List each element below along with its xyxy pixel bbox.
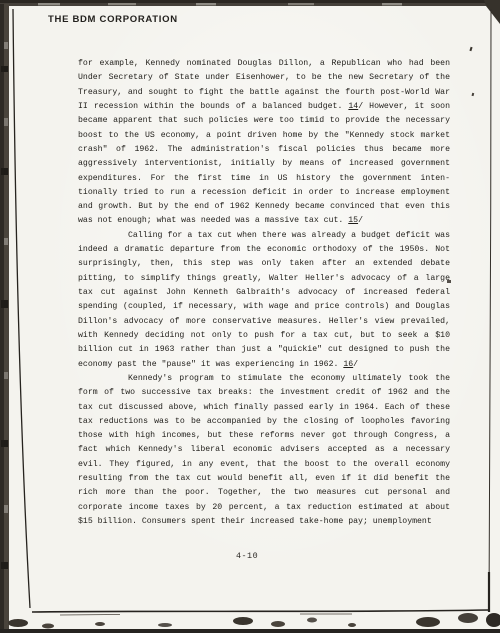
- text-line: form of two successive tax breaks: the i…: [78, 386, 450, 400]
- text-line: crash" of 1962. The administration's fis…: [78, 143, 450, 157]
- text-line: surprisingly, then, this step was only t…: [78, 257, 450, 271]
- text-line: boost to the US economy, a point driven …: [78, 129, 450, 143]
- scanned-document-page: THE BDM CORPORATION for example, Kennedy…: [0, 0, 500, 633]
- text-line: aggressively interventionist, initially …: [78, 157, 450, 171]
- text-line: Dillon's advocacy of more conservative m…: [78, 315, 450, 329]
- text-line: tionally tried to run a recession defici…: [78, 186, 450, 200]
- footnote-ref: 16: [343, 360, 353, 369]
- text-line: billion cut in 1963 rather than just a "…: [78, 343, 450, 357]
- text-line: tax cut against John Kenneth Galbraith's…: [78, 286, 450, 300]
- text-line: resulting from the tax cut would benefit…: [78, 472, 450, 486]
- text-line: II recession within the bounds of a bala…: [78, 100, 450, 114]
- text-line: Kennedy's program to stimulate the econo…: [78, 372, 450, 386]
- page-number: 4-10: [236, 551, 258, 561]
- footnote-ref: 15: [348, 216, 358, 225]
- text-line: tax cut discussed above, which finally p…: [78, 401, 450, 415]
- text-line: fact which Kennedy's liberal economic ad…: [78, 443, 450, 457]
- text-line: Under Secretary of State under Eisenhowe…: [78, 71, 450, 85]
- text-line: for example, Kennedy nominated Douglas D…: [78, 57, 450, 71]
- text-line: tax reductions was to be accompanied by …: [78, 415, 450, 429]
- text-line: evil. They figured, in any event, that t…: [78, 458, 450, 472]
- text-line: expenditures. For the first time in US h…: [78, 172, 450, 186]
- text-line: those with high incomes, but these refor…: [78, 429, 450, 443]
- text-line: Calling for a tax cut when there was alr…: [78, 229, 450, 243]
- text-line: became apparent that such policies were …: [78, 114, 450, 128]
- text-line: Treasury, and sought to fight the battle…: [78, 86, 450, 100]
- document-body: for example, Kennedy nominated Douglas D…: [78, 57, 450, 529]
- text-line: indeed a dramatic departure from the eco…: [78, 243, 450, 257]
- text-line: $15 billion. Consumers spent their incre…: [78, 515, 450, 529]
- text-line: pitting, to simplify things greatly, Wal…: [78, 272, 450, 286]
- footnote-ref: 14: [348, 102, 358, 111]
- text-line: economy past the "pause" it was experien…: [78, 358, 450, 372]
- page-title: THE BDM CORPORATION: [48, 14, 178, 25]
- text-line: spending (coupled, if necessary, with wa…: [78, 300, 450, 314]
- text-line: rich more than the poor. Together, the t…: [78, 486, 450, 500]
- text-line: corporate income taxes by 20 percent, a …: [78, 501, 450, 515]
- text-line: with Kennedy deciding not only to push f…: [78, 329, 450, 343]
- text-line: and growth. But by the end of 1962 Kenne…: [78, 200, 450, 214]
- text-line: was not enough; what was needed was a ma…: [78, 214, 450, 228]
